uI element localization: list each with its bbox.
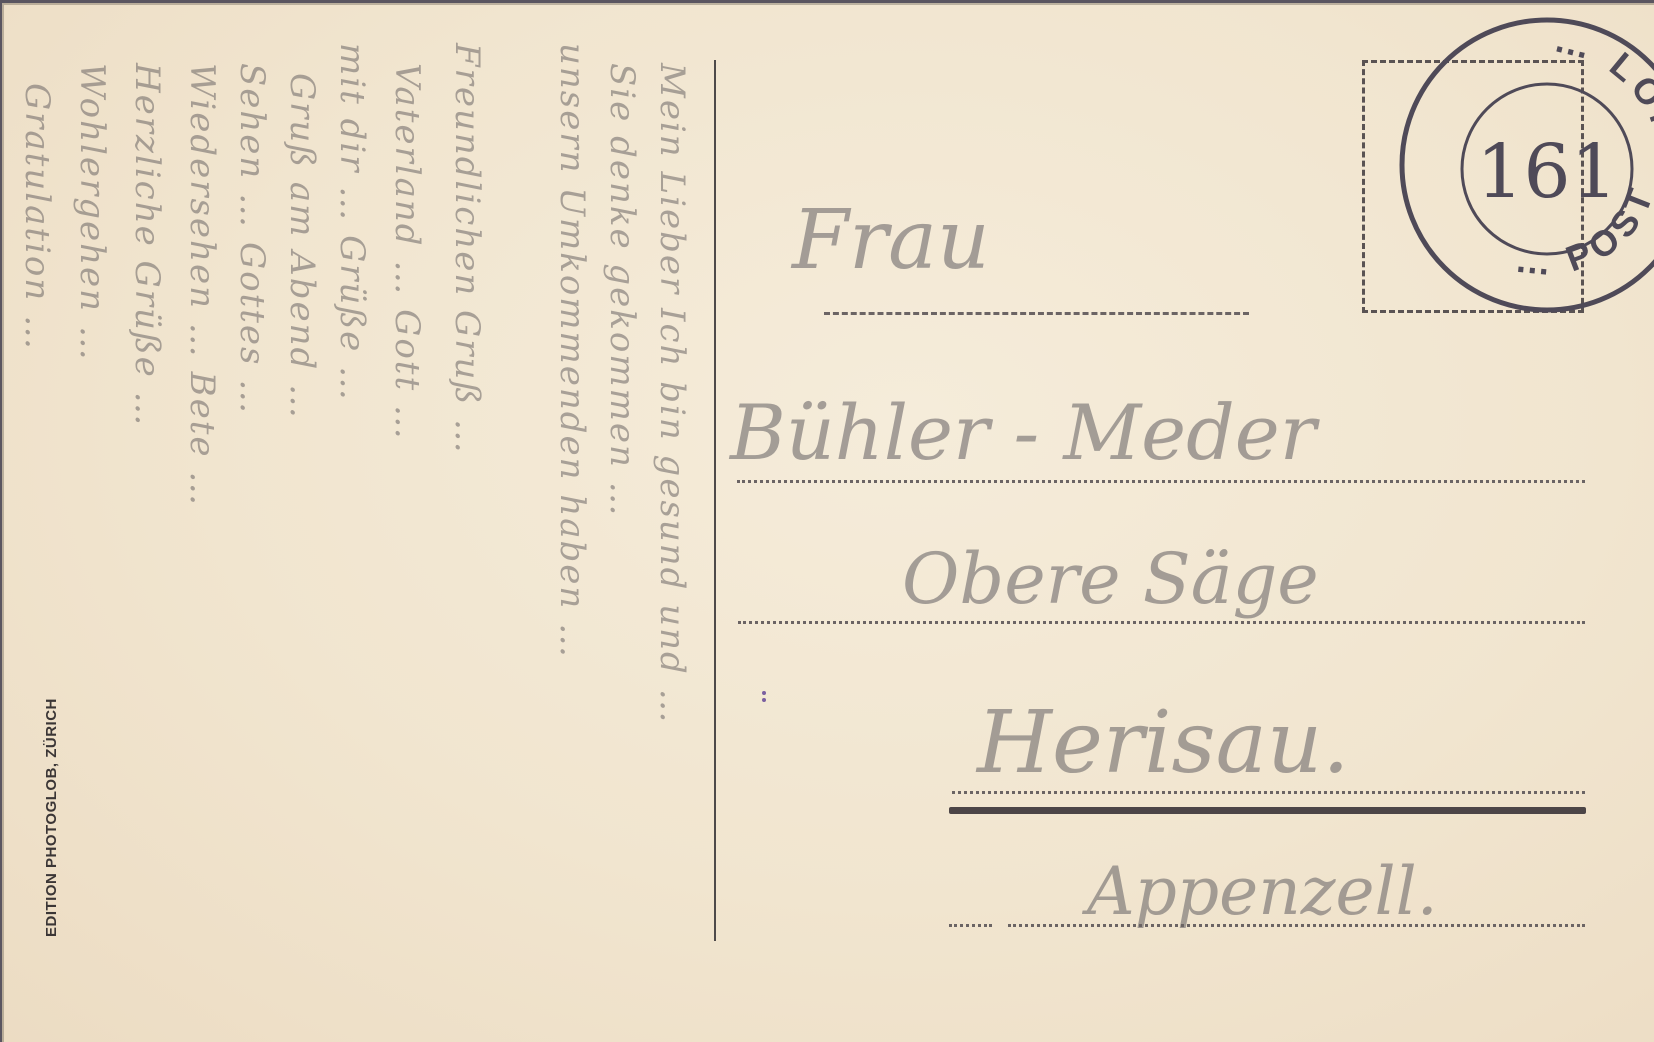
- address-rule-3: [738, 621, 1585, 624]
- message-line: unsern Umkommenden haben …: [552, 43, 592, 659]
- message-line: Gruß am Abend …: [282, 73, 322, 420]
- postcard-back: Mein Lieber Ich bin gesund und … Sie den…: [2, 3, 1654, 1042]
- message-line: Vaterland … Gott …: [387, 63, 427, 441]
- address-line-3: Obere Säge: [902, 538, 1319, 620]
- address-line-1: Frau: [792, 193, 990, 288]
- address-line-4: Herisau.: [977, 693, 1350, 793]
- address-line-5: Appenzell.: [1087, 853, 1438, 930]
- center-divider: [714, 60, 716, 941]
- address-rule-5b: [1008, 924, 1585, 927]
- message-line: Wohlergehen …: [72, 63, 112, 362]
- ink-mark: [762, 691, 767, 703]
- publisher-imprint: EDITION PHOTOGLOB, ZÜRICH: [43, 698, 60, 937]
- address-line-2: Bühler - Meder: [730, 388, 1316, 477]
- address-rule-5a: [949, 924, 992, 927]
- message-line: Freundlichen Gruß …: [447, 43, 487, 455]
- message-line: Sie denke gekommen …: [602, 63, 642, 518]
- city-underline-bar: [949, 807, 1586, 814]
- message-line: Mein Lieber Ich bin gesund und …: [652, 63, 692, 725]
- message-line: mit dir … Grüße …: [332, 43, 372, 402]
- message-line: Gratulation …: [17, 83, 57, 351]
- address-rule-2: [737, 480, 1585, 483]
- message-line: Sehen … Gottes …: [232, 63, 272, 415]
- postmark-number: 161: [1476, 129, 1617, 215]
- address-rule-1: [824, 312, 1249, 315]
- postmark-icon: 161 … LON … POST: [1395, 17, 1654, 313]
- message-line: Herzliche Grüße …: [127, 63, 167, 428]
- message-line: Wiedersehen … Bete …: [182, 63, 222, 507]
- address-rule-4: [952, 791, 1585, 794]
